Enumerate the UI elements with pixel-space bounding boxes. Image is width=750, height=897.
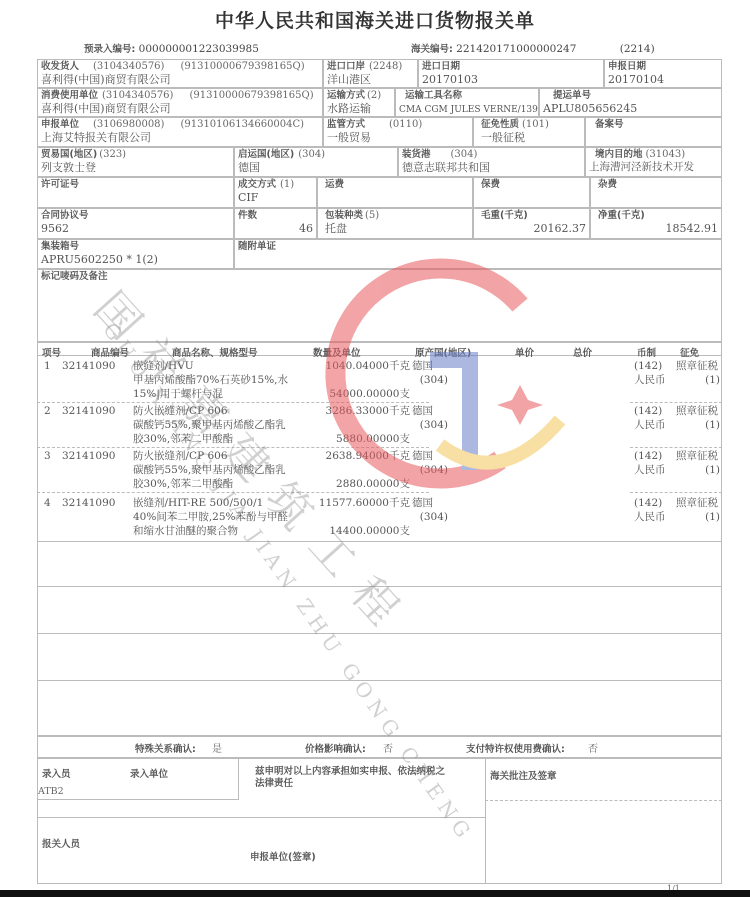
- pack-type-label: 包装种类: [325, 210, 363, 221]
- packages-label: 件数: [238, 210, 313, 222]
- loading-port-value: 德意志联邦共和国: [402, 161, 581, 174]
- goods-item-currency: 人民币: [634, 463, 666, 477]
- customs-number: 海关编号: 221420171000000247 (2214): [411, 41, 655, 55]
- goods-item-origin-code: (304): [412, 510, 448, 524]
- entry-unit-label: 录入单位: [130, 766, 168, 780]
- pre-entry-number: 预录入编号: 000000001223039985: [84, 41, 259, 55]
- goods-item-name-line: 甲基丙烯酸酯70%石英砂15%,水: [133, 373, 288, 387]
- statement-line-1: 兹申明对以上内容承担如实申报、依法纳税之: [255, 766, 445, 778]
- goods-item-currency-code: (142): [634, 496, 662, 510]
- goods-item-code: 32141090: [62, 496, 115, 510]
- packages-value: 46: [238, 222, 313, 235]
- goods-item-currency: 人民币: [634, 510, 666, 524]
- goods-item-currency-code: (142): [634, 449, 662, 463]
- goods-item-levy: 照章征税: [676, 404, 718, 418]
- supervision-value: 一般贸易: [327, 131, 469, 144]
- vessel-cell: 运输工具名称 CMA CGM JULES VERNE/139FLE: [395, 88, 539, 117]
- license-label: 许可证号: [41, 179, 230, 191]
- trade-country-cell: 贸易国(地区)(323) 列支敦士登: [37, 147, 234, 177]
- footer-row-divider: [37, 817, 485, 818]
- price-effect-value: 否: [383, 740, 393, 755]
- goods-item-currency: 人民币: [634, 373, 666, 387]
- loading-port-code: (304): [451, 149, 478, 160]
- consignee-code2: (91310000679398165Q): [180, 61, 304, 72]
- trade-country-label: 贸易国(地区): [41, 149, 97, 160]
- insurance-label: 保费: [477, 179, 586, 191]
- goods-item-name-line: 胶30%,邻苯二甲酸酯: [133, 477, 233, 491]
- goods-item-qty-pcs: 2880.00000支: [300, 477, 410, 491]
- destination-label: 境内目的地: [595, 149, 643, 160]
- goods-header-no: 项号: [42, 345, 61, 359]
- pre-entry-label: 预录入编号:: [84, 44, 135, 55]
- documents-cell: 随附单证: [234, 239, 722, 269]
- goods-header-total: 总价: [573, 345, 592, 359]
- goods-item-qty-kg: 3286.33000千克: [300, 404, 410, 418]
- license-cell: 许可证号: [37, 177, 234, 208]
- goods-row-divider: [630, 447, 722, 448]
- goods-item-no: 3: [44, 449, 51, 463]
- goods-item-name-line: 碳酸钙55%,聚甲基丙烯酸乙酯乳: [133, 418, 286, 432]
- declare-date-cell: 申报日期 20170104: [604, 59, 722, 88]
- consumer-value: 喜利得(中国)商贸有限公司: [41, 102, 319, 115]
- departure-country-code: (304): [298, 149, 325, 160]
- goods-item-qty-pcs: 54000.00000支: [300, 387, 410, 401]
- pack-type-cell: 包装种类(5) 托盘: [317, 208, 473, 239]
- import-date-value: 20170103: [422, 73, 600, 86]
- vessel-label: 运输工具名称: [399, 90, 535, 102]
- special-relation-value: 是: [212, 740, 222, 755]
- transaction-value: CIF: [238, 191, 313, 204]
- contract-label: 合同协议号: [41, 210, 230, 222]
- container-value: APRU5602250 * 1(2): [41, 253, 230, 266]
- net-weight-value: 18542.91: [594, 222, 718, 235]
- special-relation-label: 特殊关系确认:: [135, 741, 196, 755]
- destination-cell: 境内目的地(31043) 上海漕河泾新技术开发: [585, 147, 722, 177]
- consignee-cell: 收发货人(3104340576)(91310000679398165Q) 喜利得…: [37, 59, 323, 88]
- goods-header-name: 商品名称、规格型号: [172, 345, 258, 359]
- marks-label: 标记唛码及备注: [41, 271, 718, 283]
- levy-nature-label: 征免性质: [481, 119, 519, 130]
- goods-item-code: 32141090: [62, 359, 115, 373]
- contract-value: 9562: [41, 222, 230, 235]
- record-no-label: 备案号: [589, 119, 718, 131]
- pre-entry-value: 000000001223039985: [139, 43, 259, 55]
- trade-country-value: 列支敦士登: [41, 161, 230, 174]
- goods-item-no: 2: [44, 404, 51, 418]
- goods-item-qty-pcs: 14400.00000支: [300, 524, 410, 538]
- transaction-cell: 成交方式(1) CIF: [234, 177, 317, 208]
- import-port-code: (2248): [369, 61, 402, 72]
- transaction-code: (1): [280, 179, 294, 190]
- departure-country-cell: 启运国(地区)(304) 德国: [234, 147, 398, 177]
- goods-item-currency-code: (142): [634, 404, 662, 418]
- goods-item-levy: 照章征税: [676, 449, 718, 463]
- freight-cell: 运费: [317, 177, 473, 208]
- goods-header-qty: 数量及单位: [313, 345, 361, 359]
- goods-item-name-line: 防火嵌缝剂/CP 606: [133, 404, 228, 418]
- goods-item-origin: 德国: [412, 449, 433, 463]
- goods-item-origin-code: (304): [412, 463, 448, 477]
- goods-item-origin: 德国: [412, 404, 433, 418]
- destination-value: 上海漕河泾新技术开发: [589, 161, 718, 174]
- import-port-cell: 进口口岸(2248) 洋山港区: [323, 59, 418, 88]
- goods-item-currency: 人民币: [634, 418, 666, 432]
- transport-mode-cell: 运输方式(2) 水路运输: [323, 88, 395, 117]
- goods-row-divider: [37, 402, 429, 403]
- goods-item-name-line: 嵌缝剂/HIT-RE 500/500/1: [133, 496, 263, 510]
- destination-code: (31043): [646, 149, 686, 160]
- goods-item-origin: 德国: [412, 496, 433, 510]
- goods-item-code: 32141090: [62, 449, 115, 463]
- declare-date-label: 申报日期: [608, 61, 718, 73]
- goods-item-qty-kg: 1040.04000千克: [300, 359, 410, 373]
- customs-no-value: 221420171000000247: [456, 43, 576, 55]
- supervision-cell: 监管方式(0110) 一般贸易: [323, 117, 473, 147]
- consignee-value: 喜利得(中国)商贸有限公司: [41, 73, 319, 86]
- customs-note-divider: [485, 800, 722, 801]
- consignee-label: 收发货人: [41, 61, 79, 72]
- transport-mode-code: (2): [367, 90, 381, 101]
- trade-country-code: (323): [99, 149, 126, 160]
- import-date-label: 进口日期: [422, 61, 600, 73]
- consumer-code1: (3104340576): [102, 90, 173, 101]
- import-date-cell: 进口日期 20170103: [418, 59, 604, 88]
- gross-weight-value: 20162.37: [477, 222, 586, 235]
- goods-item-origin: 德国: [412, 359, 433, 373]
- transport-mode-label: 运输方式: [327, 90, 365, 101]
- entry-clerk-label: 录入员: [42, 766, 71, 780]
- declarant-label: 申报单位: [41, 119, 79, 130]
- declarant-cell: 申报单位(3106980008)(91310106134660004C) 上海艾…: [37, 117, 323, 147]
- declarant-code1: (3106980008): [93, 119, 164, 130]
- goods-item-name-line: 嵌缝剂/HVU: [133, 359, 194, 373]
- declare-date-value: 20170104: [608, 73, 718, 86]
- loading-port-cell: 装货港(304) 德意志联邦共和国: [398, 147, 585, 177]
- goods-empty-line: [37, 633, 722, 634]
- goods-item-code: 32141090: [62, 404, 115, 418]
- goods-empty-line: [37, 586, 722, 587]
- consumer-cell: 消费使用单位(3104340576)(91310000679398165Q) 喜…: [37, 88, 323, 117]
- misc-label: 杂费: [594, 179, 718, 191]
- pack-type-value: 托盘: [321, 222, 469, 235]
- departure-country-value: 德国: [238, 161, 394, 174]
- goods-item-name-line: 防火嵌缝剂/CP 606: [133, 449, 228, 463]
- customs-note-label: 海关批注及签章: [490, 768, 557, 782]
- declarant-code2: (91310106134660004C): [180, 119, 304, 130]
- goods-item-levy-code: (1): [676, 463, 720, 477]
- bill-no-value: APLU805656245: [543, 102, 718, 115]
- contract-cell: 合同协议号 9562: [37, 208, 234, 239]
- packages-cell: 件数 46: [234, 208, 317, 239]
- goods-item-levy: 照章征税: [676, 496, 718, 510]
- goods-item-levy-code: (1): [676, 510, 720, 524]
- loading-port-label: 装货港: [402, 149, 431, 160]
- goods-item-levy-code: (1): [676, 373, 720, 387]
- declarant-seal-label: 申报单位(签章): [250, 849, 316, 863]
- documents-label: 随附单证: [238, 241, 718, 253]
- import-port-value: 洋山港区: [327, 73, 414, 86]
- goods-item-origin-code: (304): [412, 418, 448, 432]
- levy-nature-code: (101): [522, 119, 549, 130]
- goods-header-divider: [37, 355, 722, 356]
- royalty-value: 否: [588, 740, 598, 755]
- goods-item-no: 1: [44, 359, 51, 373]
- entry-clerk-value: ATB2: [38, 786, 64, 797]
- net-weight-cell: 净重(千克) 18542.91: [590, 208, 722, 239]
- goods-item-no: 4: [44, 496, 51, 510]
- departure-country-label: 启运国(地区): [238, 149, 294, 160]
- form-title: 中华人民共和国海关进口货物报关单: [0, 6, 750, 33]
- goods-row-divider: [37, 447, 429, 448]
- royalty-label: 支付特许权使用费确认:: [466, 741, 565, 755]
- goods-row-divider: [630, 402, 722, 403]
- goods-row-divider: [37, 541, 722, 542]
- goods-item-name-line: 和缩水甘油醚的聚合物: [133, 524, 238, 538]
- goods-row-divider: [630, 492, 722, 493]
- insurance-cell: 保费: [473, 177, 590, 208]
- declarant-value: 上海艾特报关有限公司: [41, 131, 319, 144]
- goods-item-qty-kg: 11577.60000千克: [300, 496, 410, 510]
- goods-header-currency: 币制: [637, 345, 656, 359]
- goods-item-qty-kg: 2638.94000千克: [300, 449, 410, 463]
- import-port-label: 进口口岸: [327, 61, 365, 72]
- container-cell: 集装箱号 APRU5602250 * 1(2): [37, 239, 234, 269]
- consumer-label: 消费使用单位: [41, 90, 98, 101]
- goods-empty-line: [37, 680, 722, 681]
- bill-no-cell: 提运单号 APLU805656245: [539, 88, 722, 117]
- marks-cell: 标记唛码及备注: [37, 269, 722, 342]
- price-effect-label: 价格影响确认:: [305, 741, 366, 755]
- gross-weight-cell: 毛重(千克) 20162.37: [473, 208, 590, 239]
- customs-no-label: 海关编号:: [411, 44, 453, 55]
- goods-item-origin-code: (304): [412, 373, 448, 387]
- gross-weight-label: 毛重(千克): [477, 210, 586, 222]
- customs-code: (2214): [620, 43, 655, 55]
- transport-mode-value: 水路运输: [327, 102, 391, 115]
- vessel-value: CMA CGM JULES VERNE/139FLE: [399, 102, 535, 117]
- goods-item-levy: 照章征税: [676, 359, 718, 373]
- consignee-code1: (3104340576): [93, 61, 164, 72]
- goods-header-code: 商品编号: [91, 345, 129, 359]
- footer-divider: [485, 758, 486, 884]
- statement-line-2: 法律责任: [255, 778, 445, 790]
- record-no-cell: 备案号: [585, 117, 722, 147]
- scan-bottom-edge: [0, 890, 750, 897]
- goods-item-name-line: 40%间苯二甲胺,25%苯酚与甲醛: [133, 510, 288, 524]
- goods-header-levy: 征免: [680, 345, 699, 359]
- levy-nature-value: 一般征税: [477, 131, 581, 144]
- goods-header-origin: 原产国(地区): [415, 345, 471, 359]
- broker-label: 报关人员: [42, 836, 80, 850]
- pack-type-code: (5): [365, 210, 379, 221]
- goods-item-currency-code: (142): [634, 359, 662, 373]
- transaction-label: 成交方式: [238, 179, 276, 190]
- supervision-label: 监管方式: [327, 119, 365, 130]
- goods-header-unit-price: 单价: [515, 345, 534, 359]
- goods-item-name-line: 碳酸钙55%,聚甲基丙烯酸乙酯乳: [133, 463, 286, 477]
- freight-label: 运费: [321, 179, 469, 191]
- bill-no-label: 提运单号: [543, 90, 718, 102]
- legal-statement: 兹申明对以上内容承担如实申报、依法纳税之 法律责任: [255, 766, 445, 790]
- supervision-code: (0110): [389, 119, 422, 130]
- goods-item-name-line: 15%|用于螺杆与混: [133, 387, 223, 401]
- levy-nature-cell: 征免性质(101) 一般征税: [473, 117, 585, 147]
- goods-item-levy-code: (1): [676, 418, 720, 432]
- goods-item-name-line: 胶30%,邻苯二甲酸酯: [133, 432, 233, 446]
- goods-row-divider: [37, 492, 429, 493]
- consumer-code2: (91310000679398165Q): [189, 90, 313, 101]
- misc-cell: 杂费: [590, 177, 722, 208]
- goods-item-qty-pcs: 5880.00000支: [300, 432, 410, 446]
- net-weight-label: 净重(千克): [594, 210, 718, 222]
- container-label: 集装箱号: [41, 241, 230, 253]
